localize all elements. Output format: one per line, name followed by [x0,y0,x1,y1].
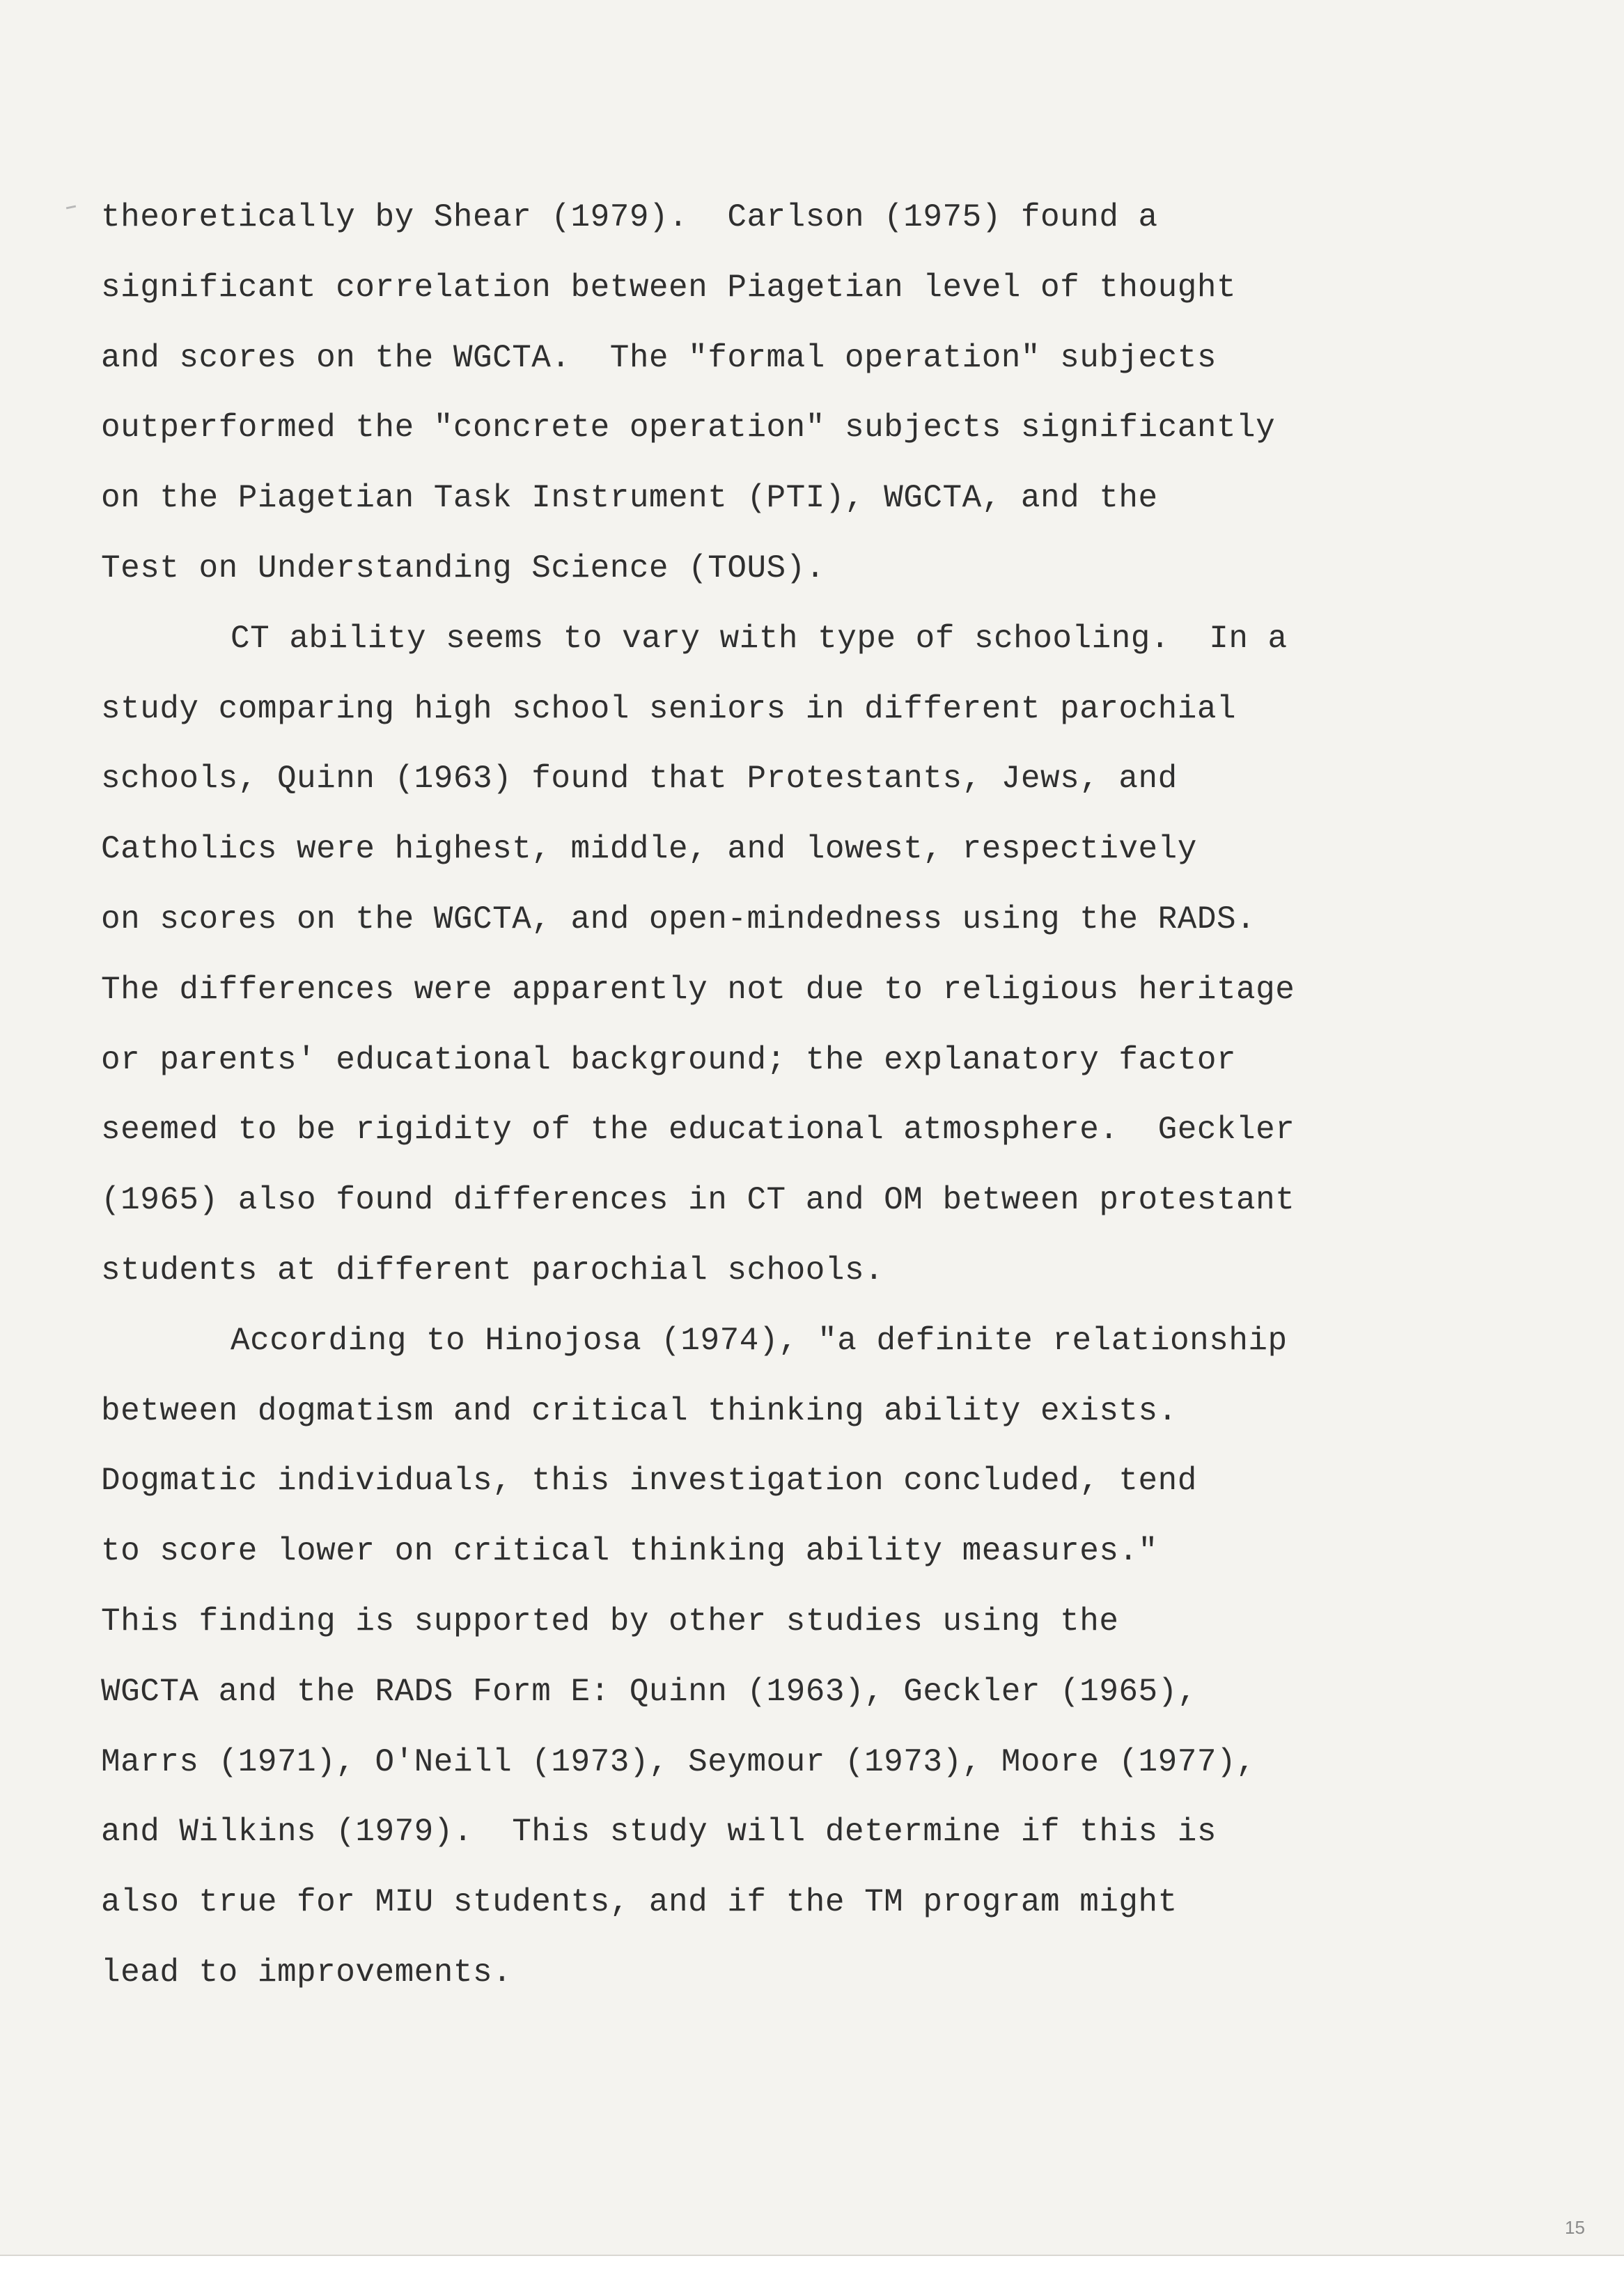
paragraph-1: theoretically by Shear (1979). Carlson (… [101,182,1424,604]
text-line: The differences were apparently not due … [101,955,1424,1025]
text-line: students at different parochial schools. [101,1236,1424,1306]
text-line: Catholics were highest, middle, and lowe… [101,814,1424,885]
text-line: (1965) also found differences in CT and … [101,1165,1424,1236]
text-line: and Wilkins (1979). This study will dete… [101,1797,1424,1867]
paragraph-2: CT ability seems to vary with type of sc… [101,604,1424,1306]
text-line: also true for MIU students, and if the T… [101,1867,1424,1938]
text-line: or parents' educational background; the … [101,1025,1424,1096]
text-line: significant correlation between Piagetia… [101,253,1424,323]
page-number: 15 [1565,2217,1585,2239]
stray-pencil-mark [66,205,76,210]
text-line-indented: CT ability seems to vary with type of sc… [101,604,1424,674]
text-line: to score lower on critical thinking abil… [101,1516,1424,1587]
text-line: WGCTA and the RADS Form E: Quinn (1963),… [101,1657,1424,1727]
text-line: This finding is supported by other studi… [101,1587,1424,1657]
text-line: Dogmatic individuals, this investigation… [101,1446,1424,1516]
text-line: between dogmatism and critical thinking … [101,1376,1424,1447]
text-line: and scores on the WGCTA. The "formal ope… [101,323,1424,394]
text-line: theoretically by Shear (1979). Carlson (… [101,182,1424,253]
text-line: on the Piagetian Task Instrument (PTI), … [101,463,1424,534]
paragraph-3: According to Hinojosa (1974), "a definit… [101,1306,1424,2008]
body-text: theoretically by Shear (1979). Carlson (… [101,182,1424,2008]
text-line: study comparing high school seniors in d… [101,674,1424,745]
text-line: lead to improvements. [101,1938,1424,2008]
typewritten-page: theoretically by Shear (1979). Carlson (… [0,0,1624,2256]
text-line: Test on Understanding Science (TOUS). [101,534,1424,604]
text-line: seemed to be rigidity of the educational… [101,1095,1424,1165]
text-line: on scores on the WGCTA, and open-mindedn… [101,885,1424,955]
text-line: Marrs (1971), O'Neill (1973), Seymour (1… [101,1727,1424,1798]
text-line: schools, Quinn (1963) found that Protest… [101,744,1424,814]
text-line: outperformed the "concrete operation" su… [101,393,1424,463]
text-line-indented: According to Hinojosa (1974), "a definit… [101,1306,1424,1376]
